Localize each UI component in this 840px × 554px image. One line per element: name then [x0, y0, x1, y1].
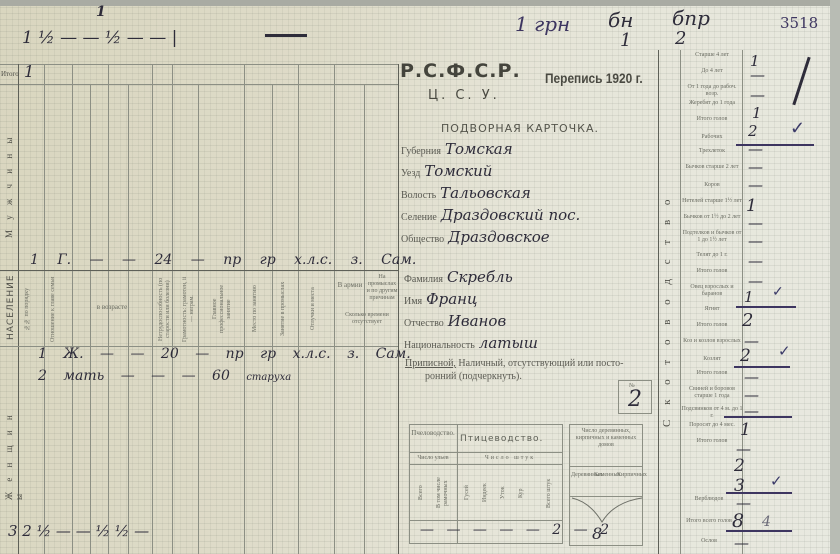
bottom-annotation: 3 2 ½ — — ½ ½ — [8, 522, 149, 540]
field-label: Имя [404, 296, 422, 307]
grid-line [44, 64, 45, 554]
foals: 1 [752, 104, 762, 122]
annotation-bpr: бпр [672, 6, 710, 30]
piglets: 2 [734, 456, 745, 476]
cattle-3yr: — [748, 158, 763, 176]
sheep-adult: 2 [742, 310, 753, 331]
poultry-title: Птицеводство. [460, 434, 543, 444]
grid-line [398, 64, 399, 554]
poultry-subtitle: Число штук [460, 455, 560, 462]
status-line: ронний (подчеркнуть). [405, 371, 522, 382]
annotation-grn: 1 грн [515, 12, 570, 36]
cell: пр [223, 252, 241, 268]
column-header: Отлучки и места [310, 276, 317, 342]
livestock-row-label: Итого всего голов [684, 518, 734, 525]
underline-mark [726, 530, 792, 532]
beekeeping-subtitle: Число ульев [411, 455, 455, 462]
total-value: 1 [24, 62, 34, 81]
grid-line [658, 50, 659, 554]
grid-line [128, 84, 129, 554]
agency-title: Ц. С. У. [428, 88, 500, 103]
cell: — [90, 252, 104, 268]
livestock-row-label: Подтелков и бычков от 1 до 1½ лет [681, 230, 743, 252]
cell: — [420, 522, 434, 538]
women-section-label: Ж е н щ и н ы [4, 400, 24, 500]
field-label: Губерния [401, 146, 441, 157]
cattle-total: 1 [744, 288, 754, 306]
livestock-section-label: С к о т о в о д с т в о [661, 160, 673, 460]
cell: з. [347, 346, 359, 362]
livestock-row-label: Коров [681, 182, 743, 198]
field-label: Селение [401, 212, 437, 223]
dwelling-col: Деревянных [571, 472, 593, 479]
cell: 2 [552, 522, 561, 538]
population-label: НАСЕЛЕНИЕ [6, 278, 16, 340]
marginal-mark: 4 [762, 514, 771, 530]
field-value: Скребль [447, 268, 513, 286]
grid-line [152, 64, 153, 554]
total-label: Итого [1, 70, 19, 78]
sheep-total: 2 [740, 346, 751, 366]
field-patronymic: Отчество Иванов [404, 312, 654, 334]
livestock-row-label: Овец взрослых и баранов [681, 284, 743, 306]
field-value: Драздовский пос. [441, 206, 581, 224]
check-mark: ✓ [772, 284, 784, 301]
goats-adult: — [744, 368, 759, 386]
annotation-bpr-count: 2 [675, 28, 686, 49]
column-header-other: На промыслах и по другим причинам [366, 274, 398, 302]
dash-mark [265, 34, 307, 37]
field-guberniya: Губерния Томская [401, 140, 651, 162]
note: старуха [246, 372, 291, 383]
age: 24 [154, 252, 172, 268]
pigs-adult: 1 [740, 420, 751, 440]
field-label: Волость [401, 190, 436, 201]
field-selenie: Селение Драздовский пос. [401, 206, 651, 228]
top-left-annotation-mark: 1 [96, 4, 106, 20]
livestock-row-label: Трехлеток [681, 148, 743, 164]
livestock-row-label: Итого голов [681, 268, 743, 284]
row-number: 2 [38, 368, 47, 384]
occupation: х.л.с. [294, 252, 332, 268]
livestock-row-label: Коз и козлов взрослых [681, 338, 743, 356]
grid-line [90, 84, 91, 554]
field-value: Драздовское [448, 228, 549, 246]
livestock-row-label: Ягнят [681, 306, 743, 322]
yearlings: — [748, 252, 763, 270]
annotation-bn: бн [608, 8, 633, 32]
cell: — [100, 346, 114, 362]
livestock-labels: Старше 4 лет До 4 лет От 1 года до рабоч… [681, 52, 743, 454]
poultry-col: Кур [518, 470, 525, 516]
householder-fields: Фамилия Скребль Имя Франц Отчество Ивано… [404, 268, 654, 356]
field-label: Отчество [404, 318, 444, 329]
absent-label: Сколько времени отсутствует [336, 312, 398, 326]
grid-line [298, 64, 299, 554]
livestock-row-label: Жеребят до 1 года [681, 100, 743, 116]
livestock-row-label: Итого голов [681, 370, 743, 386]
poultry-col: Гусей [464, 470, 471, 516]
horses-under-4: — [750, 66, 765, 84]
occupation: х.л.с. [293, 346, 331, 362]
column-header: Отношение к главе семьи [50, 276, 57, 342]
card-number: 2 [628, 387, 642, 412]
status-line: Наличный, отсутствующий или посто- [458, 358, 623, 369]
women-row-2: 2 мать — — — 60 старуха [38, 368, 291, 384]
relation: Г. [57, 252, 71, 268]
livestock-row-label: Поросят до 4 мес. [681, 422, 743, 438]
column-header: Занятие в промыслах [280, 276, 287, 342]
livestock-row-label: Подсвинков от 4 м. до 1 г. [681, 406, 743, 422]
cell: Сам. [381, 252, 416, 268]
cell: — [195, 346, 209, 362]
men-section-label: М у ж ч и н ы [4, 128, 14, 238]
field-value: Тальовская [440, 184, 531, 202]
cell: — [473, 522, 487, 538]
census-title: Перепись 1920 г. [545, 70, 643, 86]
young-bulls: — [748, 232, 763, 250]
column-header: Главное профессиональное занятие [212, 276, 233, 342]
poultry-col: Индеек [482, 470, 489, 516]
field-label: Национальность [404, 340, 475, 351]
beekeeping-title: Пчеловодство. [411, 429, 455, 438]
livestock-row-label: Свиней и боровов старше 1 года [681, 386, 743, 406]
livestock-row-label: Итого голов [681, 438, 743, 454]
dwelling-col: Кирпичных [617, 472, 641, 479]
field-nationality: Национальность латыш [404, 334, 654, 356]
check-mark: ✓ [790, 118, 805, 139]
check-mark: ✓ [770, 472, 783, 491]
grid-line [0, 84, 398, 85]
horses-total: 2 [748, 122, 758, 140]
grid-line [244, 64, 245, 554]
cell: — [151, 368, 165, 384]
relation: мать [63, 368, 104, 384]
grid-line [272, 84, 273, 554]
livestock-row-label: Итого голов [681, 322, 743, 338]
country-title: Р.С.Ф.С.Р. [400, 60, 521, 82]
livestock-row-label: Рабочих [681, 134, 743, 148]
poultry-col: Уток [500, 470, 507, 516]
grid-line [409, 520, 563, 521]
grand-total: 8 [732, 510, 744, 532]
grid-line [334, 64, 335, 554]
livestock-row-label: До 4 лет [681, 68, 743, 84]
column-header: Место по занятию [252, 276, 259, 342]
livestock-row-label: Бычков от 1½ до 2 лет [681, 214, 743, 230]
status-underlined: Приписной, [405, 358, 456, 369]
age: 60 [212, 368, 230, 384]
age-group-label: в возрасте [74, 304, 150, 311]
grid-line [72, 64, 73, 554]
location-fields: Губерния Томская Уезд Томский Волость Та… [401, 140, 651, 250]
grid-line [198, 84, 199, 554]
cell: — [121, 368, 135, 384]
field-obshchestvo: Общество Драздовское [401, 228, 651, 250]
column-header: №№ по порядку [24, 276, 31, 342]
column-header: Грамотность: грамотен, ii — неграм. [182, 276, 196, 342]
livestock-row-label: Телят до 1 г. [681, 252, 743, 268]
field-value: Иванов [448, 312, 506, 330]
field-label: Общество [401, 234, 444, 245]
grid-line [172, 64, 173, 554]
dwelling-value: 8 [592, 524, 602, 543]
grid-line [0, 64, 398, 65]
grid-line [569, 466, 643, 467]
card-title: ПОДВОРНАЯ КАРТОЧКА. [441, 122, 599, 135]
field-label: Фамилия [404, 274, 443, 285]
row-number: 1 [30, 252, 39, 268]
cell: гр [260, 346, 276, 362]
brace-mark [570, 496, 644, 526]
cell: з. [351, 252, 363, 268]
cell: — [182, 368, 196, 384]
annotation-bn-count: 1 [620, 30, 631, 51]
grid-line [409, 452, 563, 453]
column-header: Нетрудоспособность (по старости или боле… [158, 276, 172, 342]
horses-1yr: — [750, 86, 765, 104]
underline-mark [734, 366, 790, 368]
beekeeping-col: В том числе рамочных [436, 470, 450, 516]
livestock-row-label: Старше 4 лет [681, 52, 743, 68]
underline-mark [724, 416, 792, 418]
field-uezd: Уезд Томский [401, 162, 651, 184]
cell: — [191, 252, 205, 268]
livestock-row-label: Бычков старше 2 лет [681, 164, 743, 182]
age: 20 [161, 346, 179, 362]
donkeys: — [734, 534, 749, 552]
field-volost: Волость Тальовская [401, 184, 651, 206]
field-value: Франц [426, 290, 477, 308]
cell: — [446, 522, 460, 538]
field-value: Томский [424, 162, 492, 180]
cattle-bulls: — [748, 176, 763, 194]
cell: — [122, 252, 136, 268]
check-mark: ✓ [778, 342, 791, 361]
poultry-col: Всего штук [546, 470, 553, 516]
archive-number: 3518 [780, 14, 818, 32]
men-row-1: 1 Г. — — 24 — пр гр х.л.с. з. Сам. [30, 252, 416, 268]
beekeeping-col: Всего [418, 470, 425, 516]
cell: — [130, 346, 144, 362]
field-name: Имя Франц [404, 290, 654, 312]
cattle-working: — [748, 140, 763, 158]
cows: 1 [746, 196, 757, 216]
card-number-box: № 2 [618, 380, 652, 414]
field-surname: Фамилия Скребль [404, 268, 654, 290]
women-row-1: 1 Ж. — — 20 — пр гр х.л.с. з. Сам. [38, 346, 411, 362]
cell: — [526, 522, 540, 538]
field-value: латыш [479, 334, 538, 352]
livestock-row-label: Верблюдов [684, 496, 734, 503]
dwelling-title: Число деревянных, кирпичных и каменных д… [572, 428, 640, 449]
field-value: Томская [445, 140, 513, 158]
livestock-row-label: Нетелей старше 1½ лет [681, 198, 743, 214]
row-number: 1 [38, 346, 47, 362]
cell: — [499, 522, 513, 538]
cell: пр [226, 346, 244, 362]
livestock-row-label: От 1 года до рабоч. возр. [681, 84, 743, 100]
relation: Ж. [63, 346, 83, 362]
grid-line [409, 464, 563, 465]
livestock-row-label: Ослов [684, 538, 734, 545]
underline-mark [736, 306, 796, 308]
dwelling-col: Каменных [594, 472, 616, 479]
heifers: — [748, 214, 763, 232]
photo-right-edge [830, 0, 840, 554]
top-left-annotation: 1 ½ — — ½ — — | [22, 28, 177, 48]
field-label: Уезд [401, 168, 420, 179]
cell: гр [260, 252, 276, 268]
livestock-row-label: Итого голов [681, 116, 743, 134]
grid-line [0, 270, 398, 271]
column-header-army: В армии [336, 282, 364, 289]
